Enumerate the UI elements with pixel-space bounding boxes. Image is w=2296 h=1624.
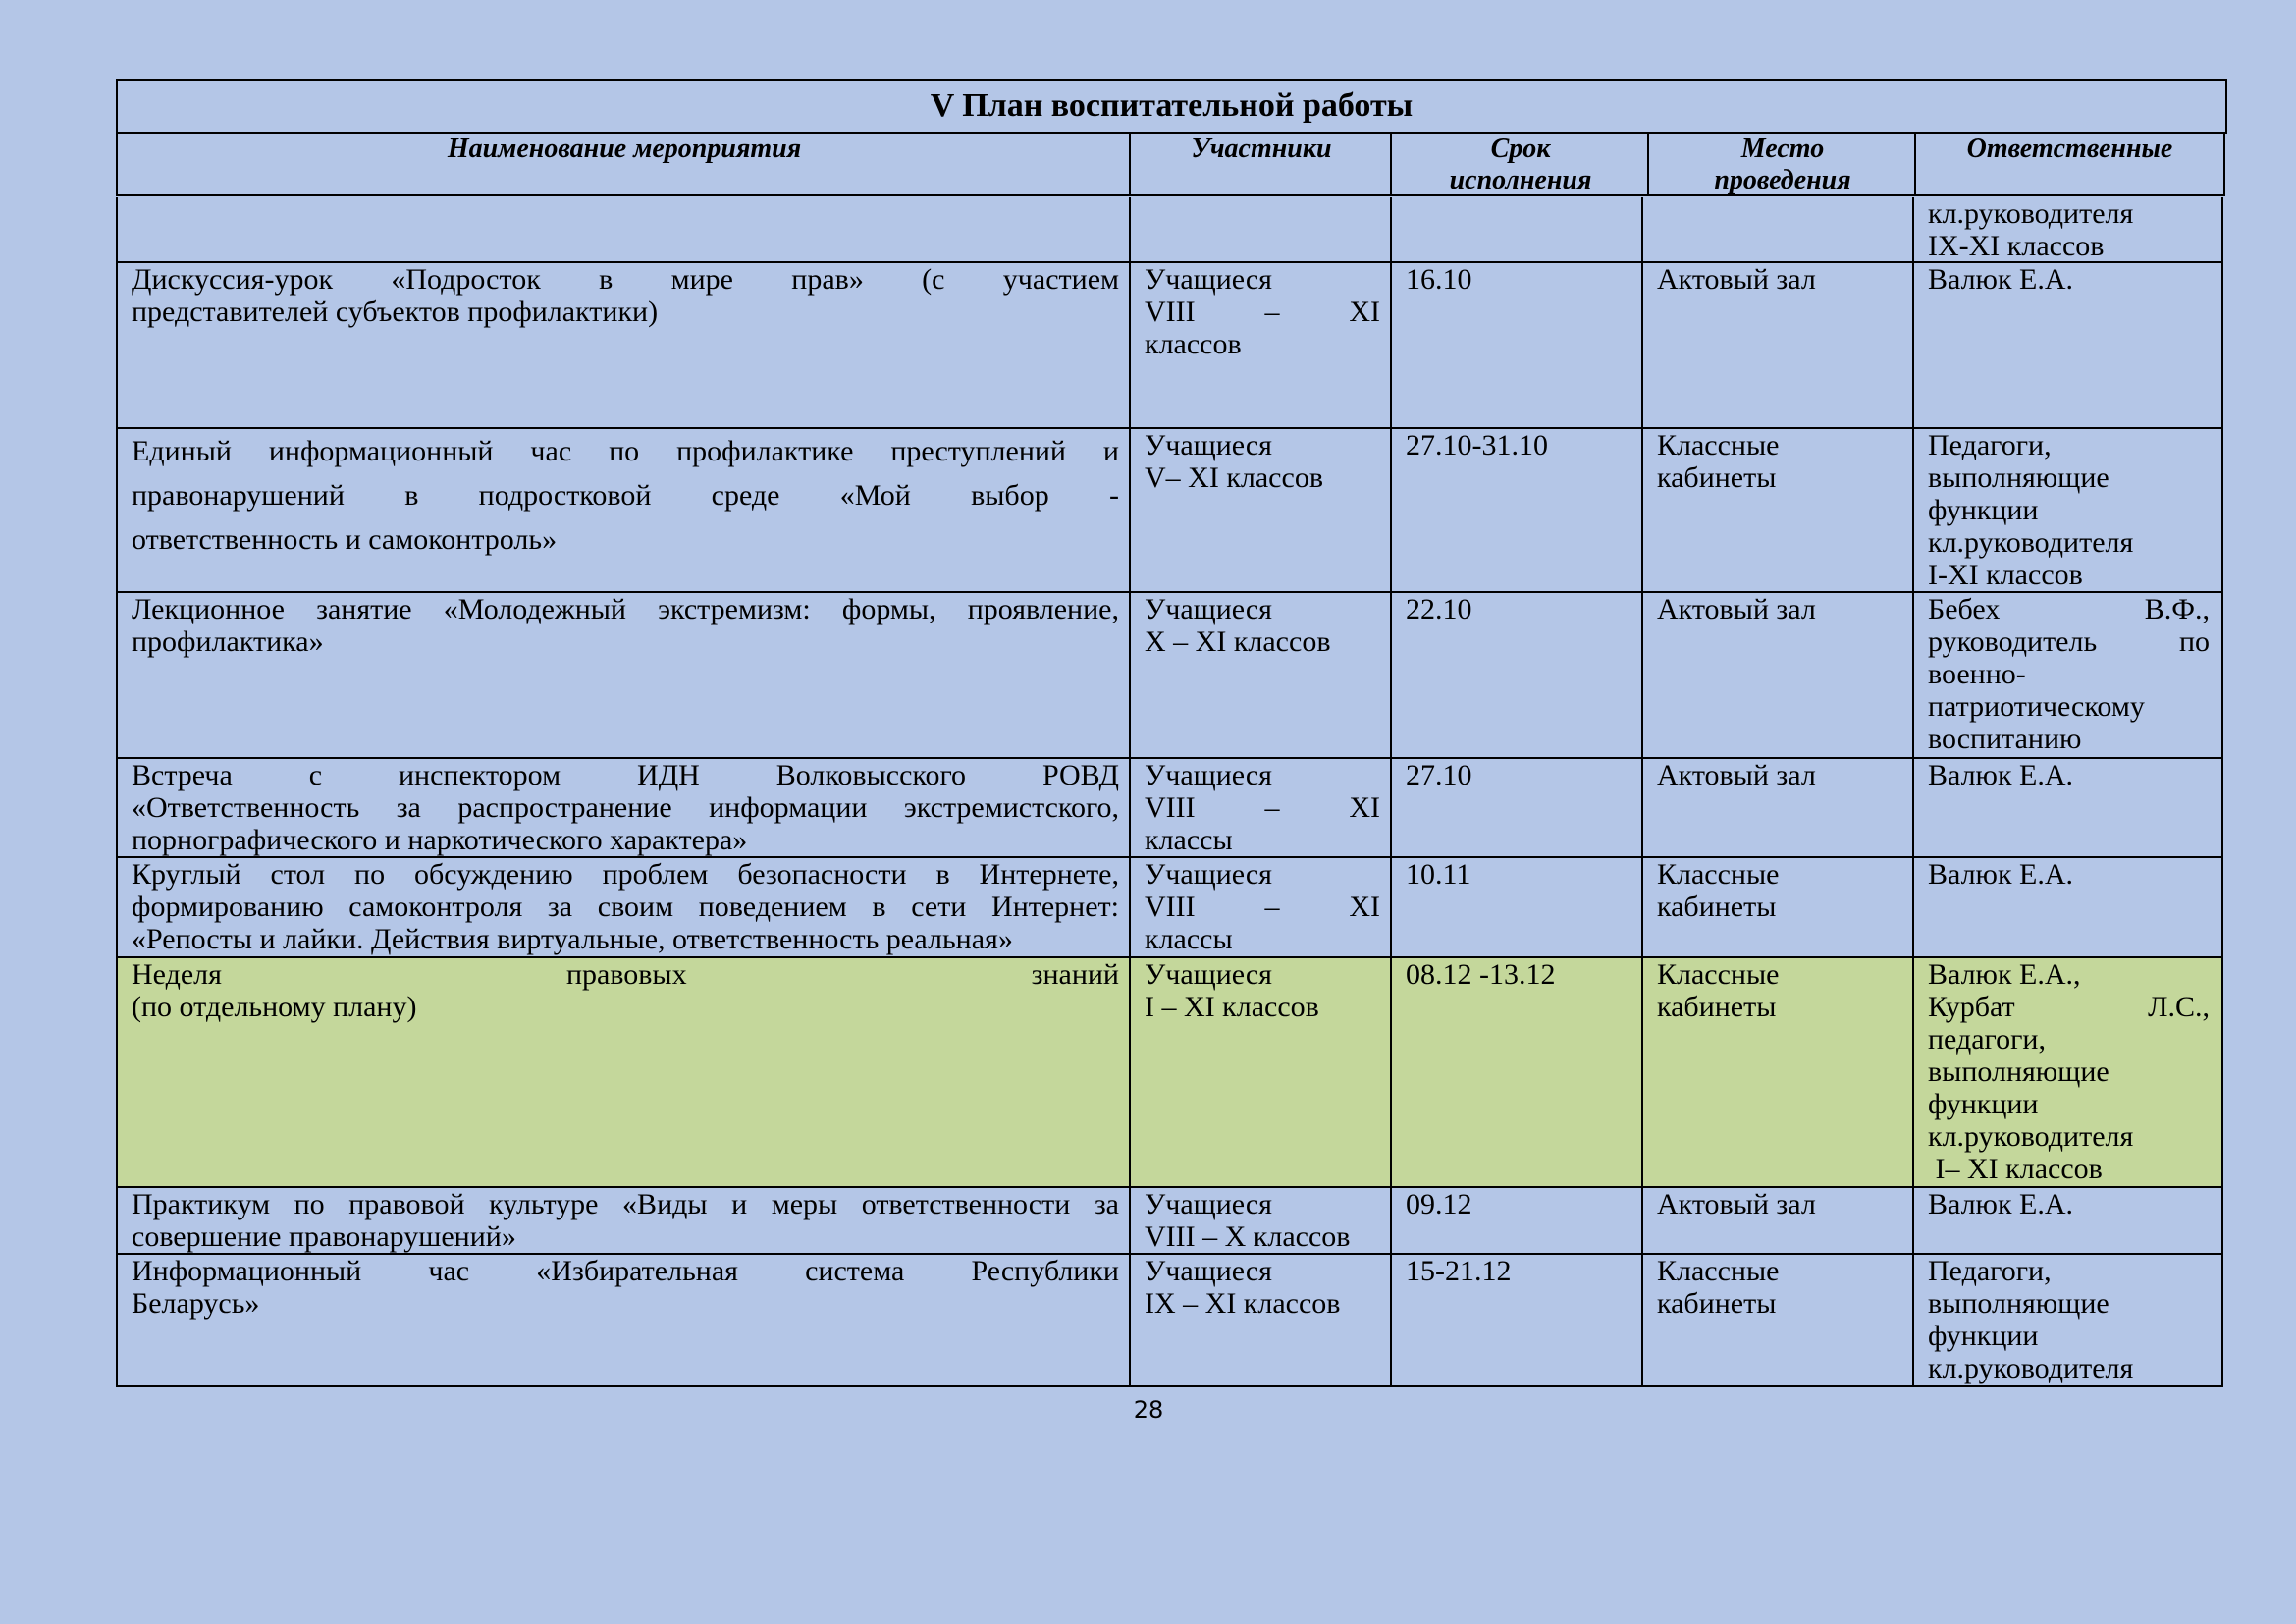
page-number: 28: [1129, 1396, 1168, 1424]
cell-text-line: формированию самоконтроля за своим повед…: [132, 891, 1119, 923]
cell-place: Актовый зал: [1641, 1188, 1914, 1255]
cell-participants: УчащиесяI – XI классов: [1129, 958, 1392, 1188]
cell-text-line: Классные: [1657, 429, 1902, 461]
cell-text-line: IX-XI классов: [1928, 230, 2210, 262]
cell-text-line: функции: [1928, 1320, 2210, 1352]
cell-text-line: функции: [1928, 494, 2210, 526]
cell-text-line: Круглый стол по обсуждению проблем безоп…: [132, 858, 1119, 891]
cell-text-line: 27.10-31.10: [1406, 429, 1631, 461]
table-row: Единый информационный час по профилактик…: [116, 429, 2223, 593]
cell-text-line: ответственность и самоконтроль»: [132, 517, 1119, 562]
cell-text-line: порнографического и наркотического харак…: [132, 824, 1119, 856]
cell-name: Неделя правовых знаний(по отдельному пла…: [116, 958, 1131, 1188]
header-event-name: Наименование мероприятия: [116, 132, 1131, 196]
cell-term: 15-21.12: [1390, 1255, 1643, 1387]
cell-text-line: Учащиеся: [1145, 429, 1380, 461]
cell-text-line: VIII – X классов: [1145, 1220, 1380, 1253]
cell-term: 08.12 -13.12: [1390, 958, 1643, 1188]
cell-text-line: Актовый зал: [1657, 759, 1902, 791]
cell-text-line: Учащиеся: [1145, 759, 1380, 791]
cell-text-line: Лекционное занятие «Молодежный экстремиз…: [132, 593, 1119, 625]
cell-text-line: Учащиеся: [1145, 1188, 1380, 1220]
cell-term: 22.10: [1390, 593, 1643, 759]
cell-text-line: воспитанию: [1928, 723, 2210, 755]
cell-text-line: кл.руководителя: [1928, 197, 2210, 230]
table-row: Лекционное занятие «Молодежный экстремиз…: [116, 593, 2223, 759]
cell-text-line: Учащиеся: [1145, 593, 1380, 625]
header-term: Срок исполнения: [1390, 132, 1649, 196]
cell-text-line: классов: [1145, 328, 1380, 360]
cell-text-line: Актовый зал: [1657, 593, 1902, 625]
cell-text-line: кабинеты: [1657, 1287, 1902, 1320]
cell-text-line: 08.12 -13.12: [1406, 958, 1631, 991]
cell-text-line: выполняющие: [1928, 1287, 2210, 1320]
cell-text-line: Учащиеся: [1145, 958, 1380, 991]
cell-text-line: кл.руководителя: [1928, 526, 2210, 559]
cell-text-line: Классные: [1657, 858, 1902, 891]
cell-text-line: военно-: [1928, 658, 2210, 690]
table-row: Встреча с инспектором ИДН Волковысского …: [116, 759, 2223, 858]
cell-participants: УчащиесяV– XI классов: [1129, 429, 1392, 593]
cell-text-line: «Ответственность за распространение инфо…: [132, 791, 1119, 824]
cell-term: 10.11: [1390, 858, 1643, 958]
cell-text-line: X – XI классов: [1145, 625, 1380, 658]
header-term-line1: Срок: [1392, 134, 1649, 165]
cell-place: Актовый зал: [1641, 593, 1914, 759]
cell-text-line: профилактика»: [132, 625, 1119, 658]
cell-text-line: Курбат Л.С.,: [1928, 991, 2210, 1023]
cell-responsible: Валюк Е.А.: [1912, 263, 2223, 429]
cell-text-line: Учащиеся: [1145, 263, 1380, 296]
cell-text-line: Встреча с инспектором ИДН Волковысского …: [132, 759, 1119, 791]
cell-participants: УчащиесяVIII – XIклассы: [1129, 759, 1392, 858]
cell-term: [1390, 197, 1643, 263]
cell-term: 16.10: [1390, 263, 1643, 429]
cell-text-line: Практикум по правовой культуре «Виды и м…: [132, 1188, 1119, 1220]
cell-text-line: классы: [1145, 923, 1380, 955]
header-responsible: Ответственные: [1914, 132, 2225, 196]
cell-responsible: кл.руководителяIX-XI классов: [1912, 197, 2223, 263]
header-place-line2: проведения: [1649, 165, 1916, 196]
cell-text-line: совершение правонарушений»: [132, 1220, 1119, 1253]
cell-text-line: I – XI классов: [1145, 991, 1380, 1023]
header-place: Место проведения: [1647, 132, 1916, 196]
cell-text-line: Дискуссия-урок «Подросток в мире прав» (…: [132, 263, 1119, 296]
cell-text-line: Классные: [1657, 958, 1902, 991]
header-responsible-label: Ответственные: [1967, 134, 2173, 164]
cell-text-line: представителей субъектов профилактики): [132, 296, 1119, 328]
cell-text-line: Валюк Е.А.: [1928, 759, 2210, 791]
cell-text-line: Информационный час «Избирательная систем…: [132, 1255, 1119, 1287]
cell-text-line: «Репосты и лайки. Действия виртуальные, …: [132, 923, 1119, 955]
cell-name: [116, 197, 1131, 263]
cell-text-line: Педагоги,: [1928, 1255, 2210, 1287]
cell-participants: УчащиесяX – XI классов: [1129, 593, 1392, 759]
cell-text-line: патриотическому: [1928, 690, 2210, 723]
table-row: Круглый стол по обсуждению проблем безоп…: [116, 858, 2223, 958]
cell-name: Единый информационный час по профилактик…: [116, 429, 1131, 593]
cell-text-line: кл.руководителя: [1928, 1352, 2210, 1384]
cell-text-line: кл.руководителя: [1928, 1120, 2210, 1153]
cell-text-line: Валюк Е.А.: [1928, 1188, 2210, 1220]
cell-text-line: выполняющие: [1928, 461, 2210, 494]
cell-text-line: 15-21.12: [1406, 1255, 1631, 1287]
cell-text-line: руководитель по: [1928, 625, 2210, 658]
cell-text-line: Валюк Е.А.: [1928, 263, 2210, 296]
cell-responsible: Педагоги,выполняющиефункциикл.руководите…: [1912, 1255, 2223, 1387]
cell-text-line: Единый информационный час по профилактик…: [132, 429, 1119, 473]
cell-place: Классныекабинеты: [1641, 958, 1914, 1188]
cell-text-line: Классные: [1657, 1255, 1902, 1287]
cell-place: Классныекабинеты: [1641, 858, 1914, 958]
cell-text-line: Неделя правовых знаний: [132, 958, 1119, 991]
cell-place: Актовый зал: [1641, 759, 1914, 858]
cell-participants: УчащиесяVIII – X классов: [1129, 1188, 1392, 1255]
cell-text-line: V– XI классов: [1145, 461, 1380, 494]
cell-responsible: Валюк Е.А.,Курбат Л.С.,педагоги,выполняю…: [1912, 958, 2223, 1188]
cell-name: Круглый стол по обсуждению проблем безоп…: [116, 858, 1131, 958]
cell-name: Информационный час «Избирательная систем…: [116, 1255, 1131, 1387]
cell-text-line: 09.12: [1406, 1188, 1631, 1220]
cell-responsible: Валюк Е.А.: [1912, 1188, 2223, 1255]
cell-place: [1641, 197, 1914, 263]
cell-name: Практикум по правовой культуре «Виды и м…: [116, 1188, 1131, 1255]
cell-text-line: Валюк Е.А.: [1928, 858, 2210, 891]
cell-text-line: 10.11: [1406, 858, 1631, 891]
cell-text-line: Учащиеся: [1145, 858, 1380, 891]
cell-text-line: I-XI классов: [1928, 559, 2210, 591]
cell-text-line: (по отдельному плану): [132, 991, 1119, 1023]
header-participants: Участники: [1129, 132, 1392, 196]
cell-text-line: Педагоги,: [1928, 429, 2210, 461]
cell-name: Лекционное занятие «Молодежный экстремиз…: [116, 593, 1131, 759]
cell-text-line: классы: [1145, 824, 1380, 856]
cell-text-line: Актовый зал: [1657, 1188, 1902, 1220]
cell-text-line: педагоги,: [1928, 1023, 2210, 1056]
cell-responsible: Педагоги,выполняющиефункциикл.руководите…: [1912, 429, 2223, 593]
cell-text-line: Беларусь»: [132, 1287, 1119, 1320]
table-row: Дискуссия-урок «Подросток в мире прав» (…: [116, 263, 2223, 429]
header-place-line1: Место: [1649, 134, 1916, 165]
cell-participants: [1129, 197, 1392, 263]
cell-place: Классныекабинеты: [1641, 1255, 1914, 1387]
cell-text-line: кабинеты: [1657, 891, 1902, 923]
cell-text-line: 27.10: [1406, 759, 1631, 791]
cell-participants: УчащиесяVIII – XIклассов: [1129, 263, 1392, 429]
cell-text-line: VIII – XI: [1145, 891, 1380, 923]
table-row: кл.руководителяIX-XI классов: [116, 197, 2223, 263]
cell-text-line: Актовый зал: [1657, 263, 1902, 296]
cell-text-line: 16.10: [1406, 263, 1631, 296]
table-row: Неделя правовых знаний(по отдельному пла…: [116, 958, 2223, 1188]
cell-text-line: 22.10: [1406, 593, 1631, 625]
cell-responsible: Валюк Е.А.: [1912, 858, 2223, 958]
cell-participants: УчащиесяIX – XI классов: [1129, 1255, 1392, 1387]
cell-name: Встреча с инспектором ИДН Волковысского …: [116, 759, 1131, 858]
cell-text-line: IX – XI классов: [1145, 1287, 1380, 1320]
cell-text-line: VIII – XI: [1145, 791, 1380, 824]
cell-place: Классныекабинеты: [1641, 429, 1914, 593]
cell-text-line: Бебех В.Ф.,: [1928, 593, 2210, 625]
cell-responsible: Валюк Е.А.: [1912, 759, 2223, 858]
cell-text-line: кабинеты: [1657, 991, 1902, 1023]
cell-participants: УчащиесяVIII – XIклассы: [1129, 858, 1392, 958]
table-row: Информационный час «Избирательная систем…: [116, 1255, 2223, 1387]
cell-place: Актовый зал: [1641, 263, 1914, 429]
cell-name: Дискуссия-урок «Подросток в мире прав» (…: [116, 263, 1131, 429]
cell-text-line: кабинеты: [1657, 461, 1902, 494]
cell-text-line: Учащиеся: [1145, 1255, 1380, 1287]
cell-text-line: VIII – XI: [1145, 296, 1380, 328]
header-participants-label: Участники: [1191, 134, 1331, 164]
cell-term: 27.10: [1390, 759, 1643, 858]
table-title: V План воспитательной работы: [116, 79, 2227, 134]
header-event-name-label: Наименование мероприятия: [448, 134, 801, 164]
cell-text-line: выполняющие: [1928, 1056, 2210, 1088]
header-term-line2: исполнения: [1392, 165, 1649, 196]
cell-term: 09.12: [1390, 1188, 1643, 1255]
cell-text-line: Валюк Е.А.,: [1928, 958, 2210, 991]
cell-responsible: Бебех В.Ф.,руководитель повоенно-патриот…: [1912, 593, 2223, 759]
cell-text-line: I– XI классов: [1928, 1153, 2210, 1185]
cell-term: 27.10-31.10: [1390, 429, 1643, 593]
table-row: Практикум по правовой культуре «Виды и м…: [116, 1188, 2223, 1255]
cell-text-line: правонарушений в подростковой среде «Мой…: [132, 473, 1119, 517]
cell-text-line: функции: [1928, 1088, 2210, 1120]
